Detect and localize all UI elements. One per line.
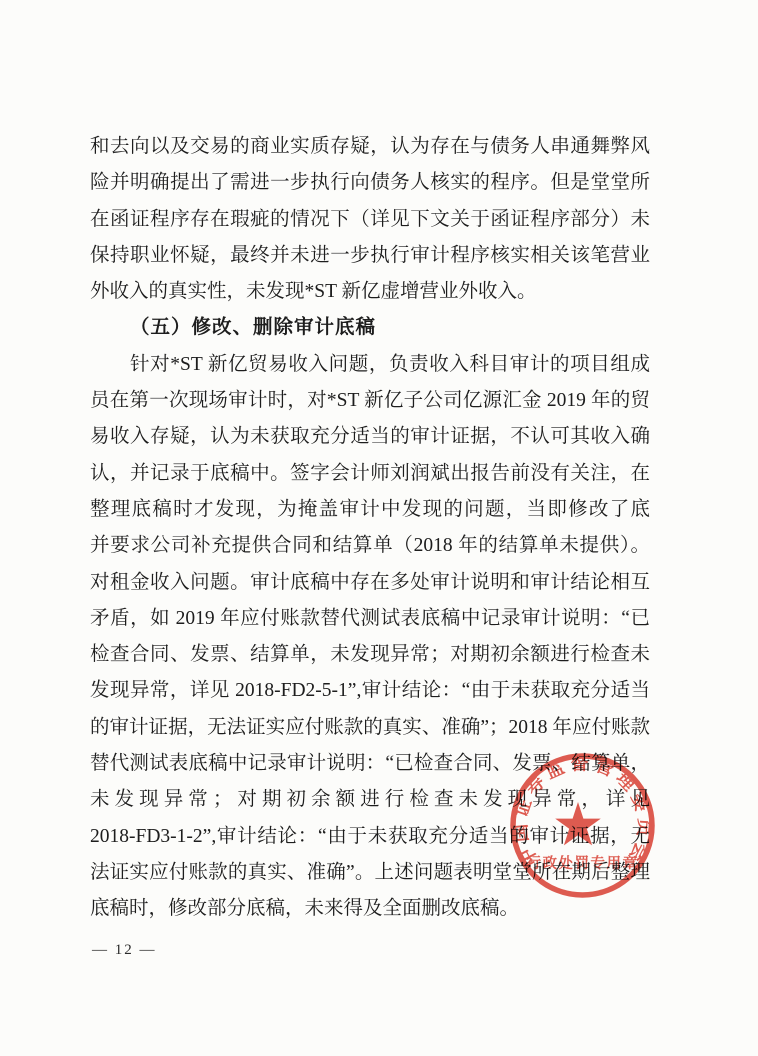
text-line: 和去向以及交易的商业实质存疑，认为存在与债务人串通舞弊风 (90, 129, 650, 165)
document-page: 和去向以及交易的商业实质存疑，认为存在与债务人串通舞弊风险并明确提出了需进一步执… (0, 0, 758, 1056)
text-line: 保持职业怀疑，最终并未进一步执行审计程序核实相关该笔营业 (90, 238, 650, 274)
text-line: 检查合同、发票、结算单，未发现异常；对期初余额进行检查未 (90, 637, 650, 673)
section-heading: （五）修改、删除审计底稿 (90, 310, 650, 346)
official-seal-stamp: 中国证券监督管理委员会 行政处罚专用章 (508, 751, 657, 900)
text-line: 外收入的真实性，未发现*ST 新亿虚增营业外收入。 (90, 274, 650, 310)
seal-star-icon (555, 802, 601, 845)
text-line: 易收入存疑，认为未获取充分适当的审计证据，不认可其收入确 (90, 419, 650, 455)
page-number: — 12 — (92, 942, 157, 959)
text-line: 在函证程序存在瑕疵的情况下（详见下文关于函证程序部分）未 (90, 202, 650, 238)
text-line: 矛盾，如 2019 年应付账款替代测试表底稿中记录审计说明：“已 (90, 601, 650, 637)
text-line: 对租金收入问题。审计底稿中存在多处审计说明和审计结论相互 (90, 565, 650, 601)
text-line: 针对*ST 新亿贸易收入问题，负责收入科目审计的项目组成 (90, 347, 650, 383)
text-line: 认，并记录于底稿中。签字会计师刘润斌出报告前没有关注，在 (90, 456, 650, 492)
text-line: 险并明确提出了需进一步执行向债务人核实的程序。但是堂堂所 (90, 165, 650, 201)
svg-text:中国证券监督管理委员会: 中国证券监督管理委员会 (510, 752, 655, 870)
text-line: 的审计证据，无法证实应付账款的真实、准确”；2018 年应付账款 (90, 710, 650, 746)
seal-ring-text: 中国证券监督管理委员会 (510, 752, 655, 870)
seal-banner-text: 行政处罚专用章 (527, 854, 639, 872)
text-line: 员在第一次现场审计时，对*ST 新亿子公司亿源汇金 2019 年的贸 (90, 383, 650, 419)
text-line: 发现异常，详见 2018-FD2-5-1”,审计结论：“由于未获取充分适当 (90, 673, 650, 709)
text-line: 整理底稿时才发现，为掩盖审计中发现的问题，当即修改了底稿， (90, 492, 650, 528)
text-line: 并要求公司补充提供合同和结算单（2018 年的结算单未提供）。针 (90, 528, 650, 564)
